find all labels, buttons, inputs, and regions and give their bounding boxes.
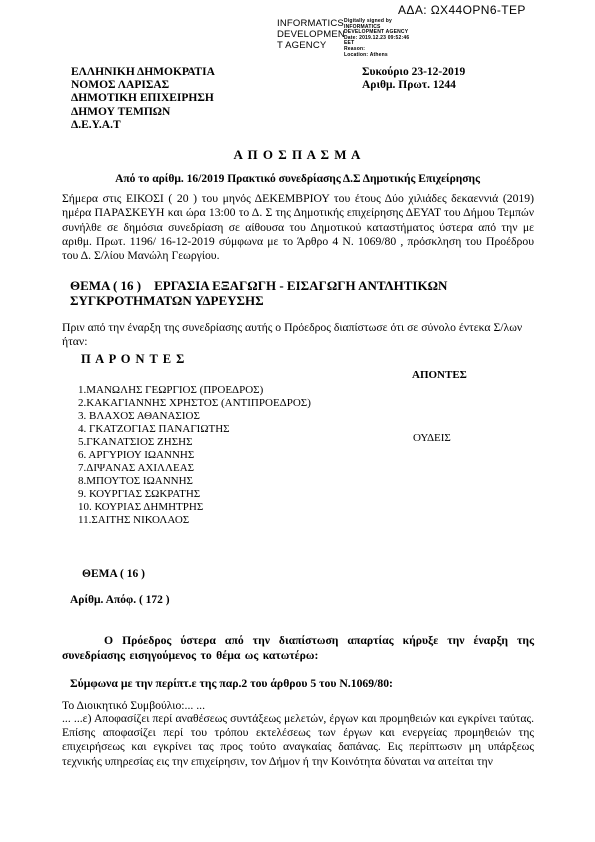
present-members-list: 1.ΜΑΝΩΛΗΣ ΓΕΩΡΓΙΟΣ (ΠΡΟΕΔΡΟΣ)2.ΚΑΚΑΓΙΑΝΝ… <box>78 384 311 527</box>
stamp-agency-line: DEVELOPMEN <box>277 30 339 41</box>
document-title: Α Π Ο Σ Π Α Σ Μ Α <box>0 147 595 163</box>
issuing-authority-line: ΔΗΜΟΥ ΤΕΜΠΩΝ <box>71 106 215 119</box>
board-intro-line: Το Διοικητικό Συμβούλιο:... ... <box>62 699 205 712</box>
document-subtitle: Από το αρίθμ. 16/2019 Πρακτικό συνεδρίασ… <box>0 173 595 185</box>
absent-members-value: ΟΥΔΕΙΣ <box>413 432 451 444</box>
legal-basis-line: Σύμφωνα με την περίπτ.ε της παρ.2 του άρ… <box>70 677 393 690</box>
present-member-item: 10. ΚΟΥΡΙΑΣ ΔΗΜΗΤΡΗΣ <box>78 501 311 514</box>
stamp-agency-line: T AGENCY <box>277 41 339 52</box>
present-member-item: 11.ΣΑΙΤΗΣ ΝΙΚΟΛΑΟΣ <box>78 514 311 527</box>
protocol-number: Αριθμ. Πρωτ. 1244 <box>362 79 465 92</box>
place-date: Συκούριο 23-12-2019 <box>362 66 465 79</box>
ada-code: ΑΔΑ: ΩΧ44ΟΡΝ6-ΤΕΡ <box>398 3 526 17</box>
present-member-item: 1.ΜΑΝΩΛΗΣ ΓΕΩΡΓΙΟΣ (ΠΡΟΕΔΡΟΣ) <box>78 384 311 397</box>
present-member-item: 3. ΒΛΑΧΟΣ ΑΘΑΝΑΣΙΟΣ <box>78 410 311 423</box>
decision-opening-paragraph: Ο Πρόεδρος ύστερα από την διαπίστωση απα… <box>62 634 534 663</box>
theme-reference: ΘΕΜΑ ( 16 ) <box>82 568 145 580</box>
issuing-authority-line: ΔΗΜΟΤΙΚΗ ΕΠΙΧΕΙΡΗΣΗ <box>71 92 215 105</box>
quorum-note: Πριν από την έναρξη της συνεδρίασης αυτή… <box>62 321 534 349</box>
decision-number: Αρίθμ. Απόφ. ( 172 ) <box>70 594 170 606</box>
subject-heading: ΘΕΜΑ ( 16 ) ΕΡΓΑΣΙΑ ΕΞΑΓΩΓΗ - ΕΙΣΑΓΩΓΗ Α… <box>70 278 500 308</box>
digital-signature-stamp: INFORMATICSDEVELOPMENT AGENCY Digitally … <box>277 19 434 58</box>
present-members-label: Π Α Ρ Ο Ν Τ Ε Σ <box>81 352 185 367</box>
issuing-authority-block: ΕΛΛΗΝΙΚΗ ΔΗΜΟΚΡΑΤΙΑΝΟΜΟΣ ΛΑΡΙΣΑΣΔΗΜΟΤΙΚΗ… <box>71 66 215 132</box>
present-member-item: 8.ΜΠΟΥΤΟΣ ΙΩΑΝΝΗΣ <box>78 475 311 488</box>
document-page: ΑΔΑ: ΩΧ44ΟΡΝ6-ΤΕΡ INFORMATICSDEVELOPMENT… <box>0 0 595 842</box>
present-member-item: 5.ΓΚΑΝΑΤΣΙΟΣ ΖΗΣΗΣ <box>78 436 311 449</box>
issuing-authority-line: ΝΟΜΟΣ ΛΑΡΙΣΑΣ <box>71 79 215 92</box>
present-member-item: 9. ΚΟΥΡΓΙΑΣ ΣΩΚΡΑΤΗΣ <box>78 488 311 501</box>
board-powers-paragraph: ... ...ε) Αποφασίζει περί αναθέσεως συντ… <box>62 712 534 769</box>
present-member-item: 7.ΔΙΨΑΝΑΣ ΑΧΙΛΛΕΑΣ <box>78 462 311 475</box>
issuing-authority-line: ΕΛΛΗΝΙΚΗ ΔΗΜΟΚΡΑΤΙΑ <box>71 66 215 79</box>
stamp-agency-name: INFORMATICSDEVELOPMENT AGENCY <box>277 19 339 51</box>
present-member-item: 4. ΓΚΑΤΖΟΓΙΑΣ ΠΑΝΑΓΙΩΤΗΣ <box>78 423 311 436</box>
issuing-authority-line: Δ.Ε.Υ.Α.Τ <box>71 119 215 132</box>
stamp-detail-line: Location: Athens <box>344 53 434 59</box>
absent-members-label: ΑΠΟΝΤΕΣ <box>412 369 467 381</box>
session-intro-paragraph: Σήμερα στις ΕΙΚΟΣΙ ( 20 ) του μηνός ΔΕΚΕ… <box>62 192 534 263</box>
present-member-item: 6. ΑΡΓΥΡΙΟΥ ΙΩΑΝΝΗΣ <box>78 449 311 462</box>
place-date-protocol-block: Συκούριο 23-12-2019 Αριθμ. Πρωτ. 1244 <box>362 66 465 92</box>
present-member-item: 2.ΚΑΚΑΓΙΑΝΝΗΣ ΧΡΗΣΤΟΣ (ΑΝΤΙΠΡΟΕΔΡΟΣ) <box>78 397 311 410</box>
stamp-signature-details: Digitally signed byINFORMATICSDEVELOPMEN… <box>344 19 434 58</box>
